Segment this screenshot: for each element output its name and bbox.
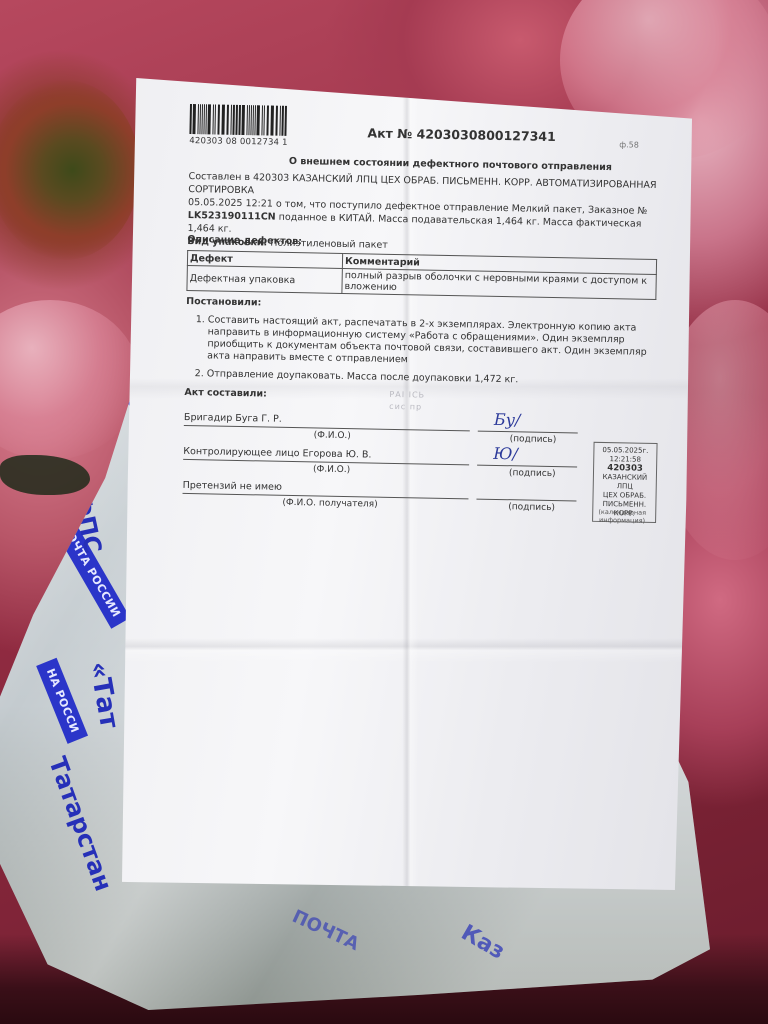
fio-caption: (Ф.И.О.) (314, 430, 351, 441)
resolved-heading: Постановили: (186, 296, 261, 308)
fio-caption: (Ф.И.О.) (313, 464, 350, 475)
comment-cell: полный разрыв оболочки с неровными краям… (342, 268, 656, 299)
signature-line (478, 431, 578, 434)
form-code: ф.58 (619, 140, 639, 149)
stamp-line: КАЗАНСКИЙ ЛПЦ (595, 473, 655, 492)
package-print: ПОЧТА (289, 906, 362, 955)
signatory-name: Контролирующее лицо Егорова Ю. В. (183, 446, 371, 461)
package-print: Татарстан (43, 753, 117, 895)
resolutions-list: Составить настоящий акт, распечатать в 2… (193, 314, 668, 395)
fio-caption: (Ф.И.О. получателя) (282, 498, 377, 510)
barcode-bars (189, 104, 294, 136)
package-print: «Тат (83, 659, 124, 730)
recipient-claim: Претензий не имею (183, 480, 282, 493)
signature-line (477, 465, 577, 468)
package-print: Каз (457, 920, 509, 964)
stamp-caption: (календарная информация) (590, 508, 654, 525)
resolution-item: Отправление доупаковать. Масса после доу… (207, 368, 667, 389)
handwritten-signature: Бу/ (494, 410, 521, 430)
barcode-number: 420303 08 0012734 1 (189, 136, 293, 148)
signatory-name: Бригадир Буга Г. Р. (184, 412, 282, 425)
signature-caption: (подпись) (508, 502, 555, 513)
defects-heading: Описание дефектов: (187, 234, 302, 247)
defect-cell: Дефектная упаковка (187, 265, 342, 293)
handwritten-signature: Ю/ (493, 444, 518, 463)
tracking-number: LK523190111CN (188, 210, 276, 223)
show-through-text: сис пр (389, 402, 422, 412)
package-band: НА РОССИ (36, 658, 88, 744)
show-through-text: РАІ ІСЬ (389, 390, 425, 400)
resolution-item: Составить настоящий акт, распечатать в 2… (207, 314, 668, 371)
barcode: 420303 08 0012734 1 (189, 104, 294, 148)
signature-line (476, 499, 576, 502)
compiled-by-heading: Акт составили: (184, 387, 267, 400)
signature-caption: (подпись) (509, 468, 556, 479)
